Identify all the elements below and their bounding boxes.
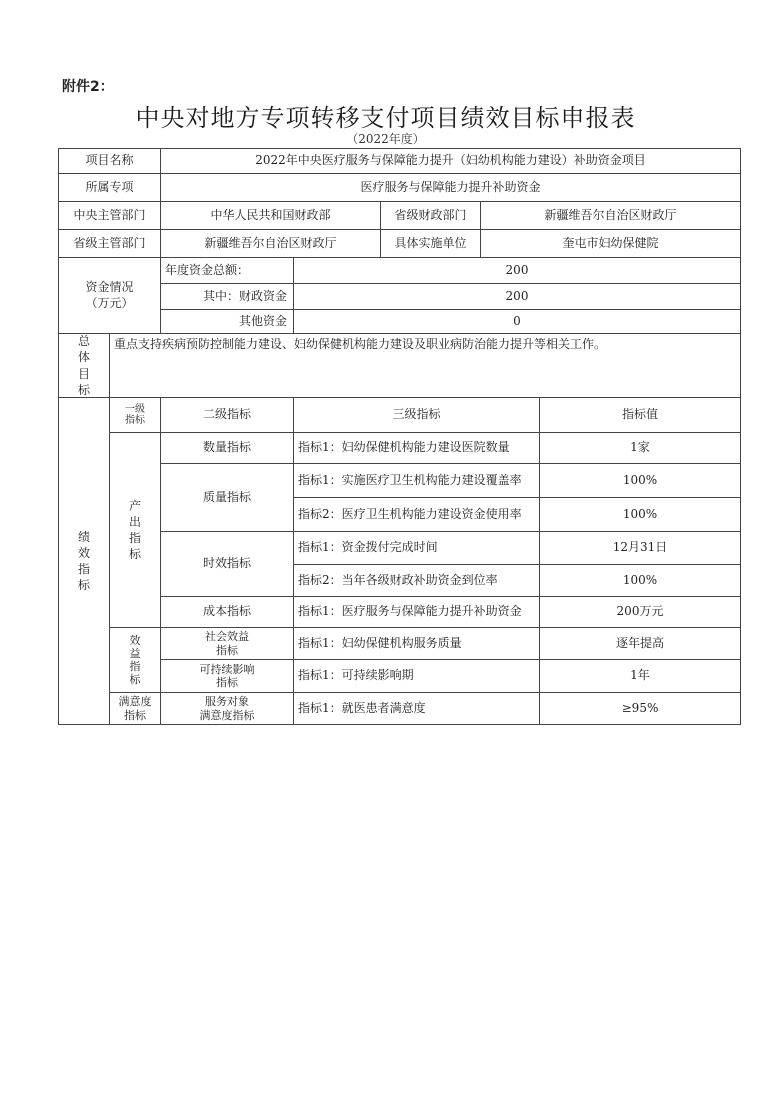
social-benefit-label: 社会效益 指标 (160, 627, 294, 660)
header-level1: 一级 指标 (109, 397, 161, 433)
attachment-label: 附件2： (62, 76, 114, 96)
indicator-name: 指标1：资金拨付完成时间 (293, 531, 540, 565)
indicator-name: 指标2：医疗卫生机构能力建设资金使用率 (293, 497, 540, 532)
benefit-label: 效 益 指 标 (109, 627, 161, 693)
indicator-name: 指标1：实施医疗卫生机构能力建设覆盖率 (293, 463, 540, 498)
satisfaction-sub-label: 服务对象 满意度指标 (160, 692, 294, 725)
header-value: 指标值 (539, 397, 741, 433)
timeliness-label: 时效指标 (160, 531, 294, 597)
funding-total-label: 年度资金总额： (160, 257, 294, 284)
indicator-name: 指标1：医疗服务与保障能力提升补助资金 (293, 596, 540, 628)
indicator-value: 1家 (539, 432, 741, 464)
indicator-value: 逐年提高 (539, 627, 741, 660)
impl-unit-value: 奎屯市妇幼保健院 (480, 229, 741, 258)
indicator-name: 指标1：妇幼保健机构能力建设医院数量 (293, 432, 540, 464)
quantity-label: 数量指标 (160, 432, 294, 464)
funding-label-line2: （万元） (85, 296, 133, 312)
project-name-value: 2022年中央医疗服务与保障能力提升（妇幼机构能力建设）补助资金项目 (160, 148, 741, 174)
funding-other-label: 其他资金 (160, 309, 294, 334)
funding-fiscal-value: 200 (293, 283, 741, 310)
indicator-name: 指标1：就医患者满意度 (293, 692, 540, 725)
indicator-name: 指标1：可持续影响期 (293, 659, 540, 693)
indicator-value: 100% (539, 463, 741, 498)
indicator-name: 指标2：当年各级财政补助资金到位率 (293, 564, 540, 597)
sustain-label: 可持续影响 指标 (160, 659, 294, 693)
indicator-value: 1年 (539, 659, 741, 693)
funding-total-value: 200 (293, 257, 741, 284)
central-dept-value: 中华人民共和国财政部 (160, 201, 381, 230)
performance-label: 绩 效 指 标 (58, 397, 110, 725)
goal-text: 重点支持疾病预防控制能力建设、妇幼保健机构能力建设及职业病防治能力提升等相关工作… (109, 333, 741, 398)
funding-label-line1: 资金情况 (85, 280, 133, 296)
cost-label: 成本指标 (160, 596, 294, 628)
indicator-value: 100% (539, 497, 741, 532)
impl-unit-label: 具体实施单位 (380, 229, 481, 258)
indicator-name: 指标1：妇幼保健机构服务质量 (293, 627, 540, 660)
funding-label: 资金情况 （万元） (58, 257, 161, 334)
prov-finance-value: 新疆维吾尔自治区财政厅 (480, 201, 741, 230)
header-level2: 二级指标 (160, 397, 294, 433)
funding-other-value: 0 (293, 309, 741, 334)
quality-label: 质量指标 (160, 463, 294, 532)
special-value: 医疗服务与保障能力提升补助资金 (160, 173, 741, 202)
prov-dept-value: 新疆维吾尔自治区财政厅 (160, 229, 381, 258)
header-level3: 三级指标 (293, 397, 540, 433)
page-title: 中央对地方专项转移支付项目绩效目标申报表 (0, 98, 771, 133)
funding-fiscal-label: 其中：财政资金 (160, 283, 294, 310)
central-dept-label: 中央主管部门 (58, 201, 161, 230)
indicator-value: 12月31日 (539, 531, 741, 565)
indicator-value: 100% (539, 564, 741, 597)
special-label: 所属专项 (58, 173, 161, 202)
goal-label: 总 体 目 标 (58, 333, 110, 398)
output-label: 产 出 指 标 (109, 432, 161, 628)
project-name-label: 项目名称 (58, 148, 161, 174)
prov-dept-label: 省级主管部门 (58, 229, 161, 258)
indicator-value: ≥95% (539, 692, 741, 725)
prov-finance-label: 省级财政部门 (380, 201, 481, 230)
indicator-value: 200万元 (539, 596, 741, 628)
satisfaction-label: 满意度 指标 (109, 692, 161, 725)
year-subtitle: （2022年度） (0, 130, 771, 147)
